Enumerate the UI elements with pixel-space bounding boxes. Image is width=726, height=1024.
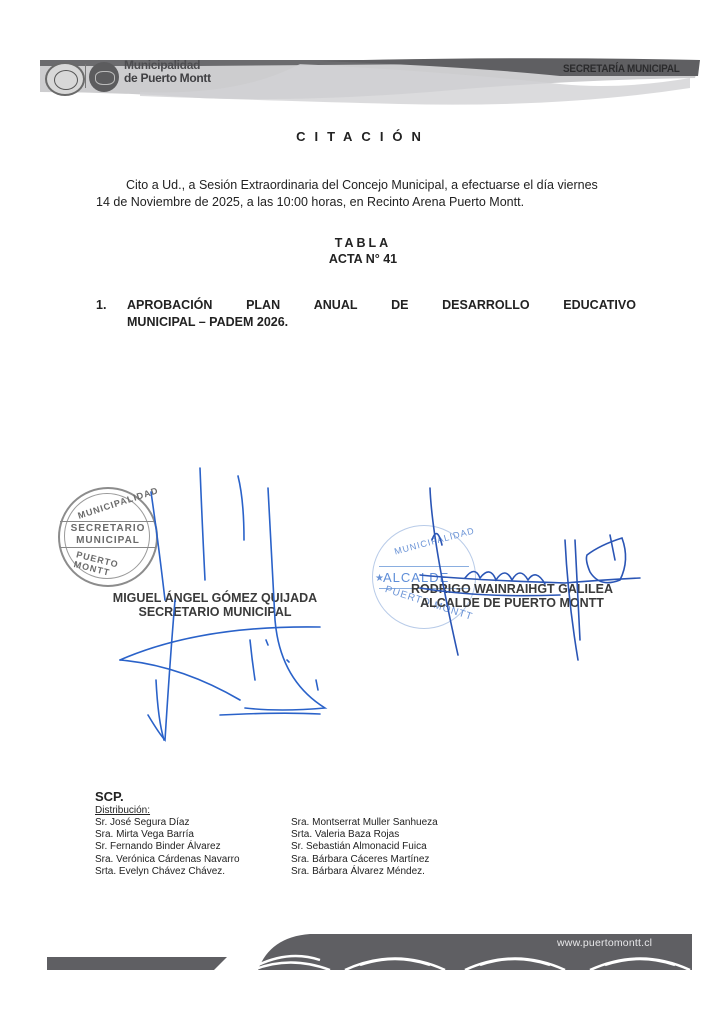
signer-role: SECRETARIO MUNICIPAL [105, 605, 325, 619]
agenda-item-number: 1. [96, 297, 106, 314]
municipality-name-line2: de Puerto Montt [124, 71, 211, 85]
agenda-word: APROBACIÓN [127, 297, 212, 314]
agenda-word: ANUAL [314, 297, 358, 314]
agenda-item-line1: APROBACIÓN PLAN ANUAL DE DESARROLLO EDUC… [127, 297, 636, 314]
recipient: Srta. Valeria Baza Rojas [291, 829, 438, 841]
mayor-signature-block: RODRIGO WAINRAIHGT GALILEA ALCALDE DE PU… [392, 582, 632, 610]
recipient: Srta. Evelyn Chávez Chávez. [95, 866, 240, 878]
mayor-stamp: MUNICIPALIDAD ★ ALCALDE PUERTO MONTT [372, 525, 476, 629]
citation-paragraph: Cito a Ud., a Sesión Extraordinaria del … [96, 177, 656, 211]
recipient: Sra. Montserrat Muller Sanhueza [291, 817, 438, 829]
logo-divider [85, 64, 86, 88]
signer-name: MIGUEL ÁNGEL GÓMEZ QUIJADA [105, 591, 325, 605]
distribution-list-left: Sr. José Segura Díaz Sra. Mirta Vega Bar… [95, 817, 240, 878]
document-title: CITACIÓN [0, 129, 726, 144]
footer-band-graphic [0, 925, 726, 980]
recipient: Sra. Bárbara Cáceres Martínez [291, 854, 438, 866]
signer-name: RODRIGO WAINRAIHGT GALILEA [392, 582, 632, 596]
website-link[interactable]: www.puertomontt.cl [557, 937, 652, 949]
recipient: Sra. Bárbara Álvarez Méndez. [291, 866, 438, 878]
agenda-word: EDUCATIVO [563, 297, 636, 314]
secretary-stamp: MUNICIPALIDAD SECRETARIO MUNICIPAL PUERT… [58, 487, 158, 587]
recipient: Sr. José Segura Díaz [95, 817, 240, 829]
municipality-name-line1: Municipalidad [124, 58, 200, 72]
initials: SCP. [95, 789, 124, 804]
stamp-middle-text-2: MUNICIPAL [60, 535, 156, 548]
acta-number: ACTA N° 41 [0, 252, 726, 266]
recipient: Sra. Verónica Cárdenas Navarro [95, 854, 240, 866]
signer-role: ALCALDE DE PUERTO MONTT [392, 596, 632, 610]
stamp-top-text: MUNICIPALIDAD [393, 525, 476, 556]
recipient: Sr. Sebastián Almonacid Fuica [291, 841, 438, 853]
header-band-graphic [0, 0, 726, 115]
agenda-word: DESARROLLO [442, 297, 530, 314]
coat-of-arms-icon [45, 62, 85, 96]
secretary-signature-block: MIGUEL ÁNGEL GÓMEZ QUIJADA SECRETARIO MU… [105, 591, 325, 619]
citation-line-2: 14 de Noviembre de 2025, a las 10:00 hor… [96, 195, 524, 209]
stamp-middle-text-1: SECRETARIO [60, 521, 156, 534]
recipient: Sr. Fernando Binder Álvarez [95, 841, 240, 853]
citation-line-1: Cito a Ud., a Sesión Extraordinaria del … [96, 177, 656, 194]
distribution-label: Distribución: [95, 805, 150, 816]
agenda-item-text: APROBACIÓN PLAN ANUAL DE DESARROLLO EDUC… [127, 297, 636, 331]
municipal-seal-icon [89, 62, 119, 92]
agenda-word: DE [391, 297, 408, 314]
stamp-divider [379, 566, 469, 567]
agenda-word: PLAN [246, 297, 280, 314]
agenda-item-line2: MUNICIPAL – PADEM 2026. [127, 314, 636, 331]
letterhead-header: Municipalidad de Puerto Montt SECRETARÍA… [0, 0, 726, 115]
table-heading: TABLA [0, 236, 726, 250]
department-label: SECRETARÍA MUNICIPAL [563, 63, 680, 75]
recipient: Sra. Mirta Vega Barría [95, 829, 240, 841]
distribution-list-right: Sra. Montserrat Muller Sanhueza Srta. Va… [291, 817, 438, 878]
